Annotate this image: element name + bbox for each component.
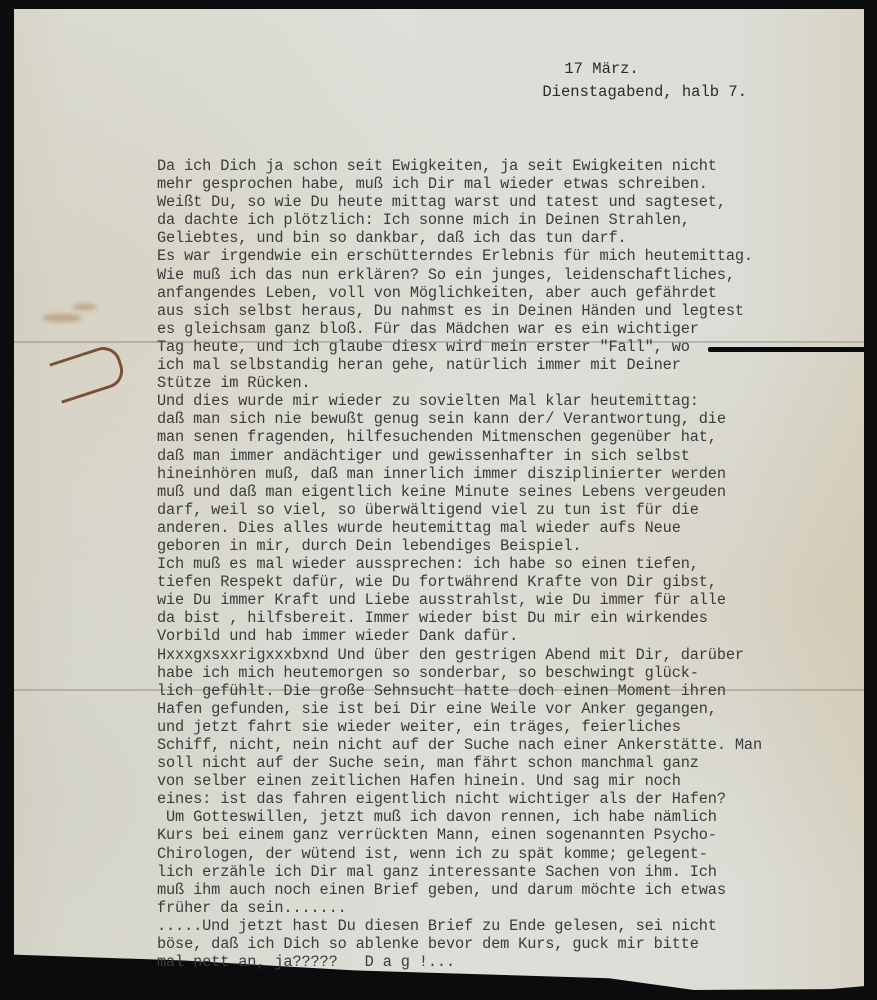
letter-line: mal nett an, ja????? D a g !... (157, 953, 837, 971)
letter-line: Geliebtes, und bin so dankbar, daß ich d… (157, 229, 837, 247)
letter-line: lich erzähle ich Dir mal ganz interessan… (157, 863, 837, 881)
letter-line: ich mal selbstandig heran gehe, natürlic… (157, 356, 837, 374)
letter-line: daß man immer andächtiger und gewissenha… (157, 447, 837, 465)
letter-line: Um Gotteswillen, jetzt muß ich davon ren… (157, 808, 837, 826)
letter-line: es gleichsam ganz bloß. Für das Mädchen … (157, 320, 837, 338)
letter-line: .....Und jetzt hast Du diesen Brief zu E… (157, 917, 837, 935)
letter-line: habe ich mich heutemorgen so sonderbar, … (157, 664, 837, 682)
letter-body: Da ich Dich ja schon seit Ewigkeiten, ja… (157, 157, 837, 971)
letter-line: man senen fragenden, hilfesuchenden Mitm… (157, 428, 837, 446)
letter-line: Hxxxgxsxxrigxxxbxnd Und über den gestrig… (157, 646, 837, 664)
letter-line: da bist , hilfsbereit. Immer wieder bist… (157, 609, 837, 627)
letter-line: aus sich selbst heraus, Du nahmst es in … (157, 302, 837, 320)
letter-line: Vorbild und hab immer wieder Dank dafür. (157, 627, 837, 645)
letter-line: böse, daß ich Dich so ablenke bevor dem … (157, 935, 837, 953)
letter-line: Ich muß es mal wieder aussprechen: ich h… (157, 555, 837, 573)
letter-line: Schiff, nicht, nein nicht auf der Suche … (157, 736, 837, 754)
letter-line: Tag heute, und ich glaube diesx wird mei… (157, 338, 837, 356)
letter-line: wie Du immer Kraft und Liebe ausstrahlst… (157, 591, 837, 609)
letter-line: Chirologen, der wütend ist, wenn ich zu … (157, 845, 837, 863)
letter-line: anfangendes Leben, voll von Möglichkeite… (157, 284, 837, 302)
paperclip-mark (49, 342, 128, 403)
letter-line: muß ihm auch noch einen Brief geben, und… (157, 881, 837, 899)
letter-line: darf, weil so viel, so überwältigend vie… (157, 501, 837, 519)
letter-line: anderen. Dies alles wurde heutemittag ma… (157, 519, 837, 537)
letter-line: Da ich Dich ja schon seit Ewigkeiten, ja… (157, 157, 837, 175)
letter-line: Es war irgendwie ein erschütterndes Erle… (157, 247, 837, 265)
letter-line: lich gefühlt. Die große Sehnsucht hatte … (157, 682, 837, 700)
letter-line: mehr gesprochen habe, muß ich Dir mal wi… (157, 175, 837, 193)
letter-line: Stütze im Rücken. (157, 374, 837, 392)
letter-line: tiefen Respekt dafür, wie Du fortwährend… (157, 573, 837, 591)
letter-line: muß und daß man eigentlich keine Minute … (157, 483, 837, 501)
letter-line: Kurs bei einem ganz verrückten Mann, ein… (157, 826, 837, 844)
letter-line: eines: ist das fahren eigentlich nicht w… (157, 790, 837, 808)
dateline-block: 17 März. Dienstagabend, halb 7. (542, 58, 747, 104)
letter-date: 17 März. (542, 58, 747, 81)
letter-line: früher da sein....... (157, 899, 837, 917)
letter-line: Hafen gefunden, sie ist bei Dir eine Wei… (157, 700, 837, 718)
letter-line: Wie muß ich das nun erklären? So ein jun… (157, 266, 837, 284)
letter-line: soll nicht auf der Suche sein, man fährt… (157, 754, 837, 772)
letter-line: Und dies wurde mir wieder zu sovielten M… (157, 392, 837, 410)
letter-line: und jetzt fahrt sie wieder weiter, ein t… (157, 718, 837, 736)
rust-stain (72, 304, 97, 310)
letter-line: von selber einen zeitlichen Hafen hinein… (157, 772, 837, 790)
letter-line: da dachte ich plötzlich: Ich sonne mich … (157, 211, 837, 229)
letter-line: Weißt Du, so wie Du heute mittag warst u… (157, 193, 837, 211)
rust-stain (42, 314, 82, 322)
letter-line: geboren in mir, durch Dein lebendiges Be… (157, 537, 837, 555)
letter-dateline: Dienstagabend, halb 7. (542, 81, 747, 104)
letter-line: daß man sich nie bewußt genug sein kann … (157, 410, 837, 428)
letter-line: hineinhören muß, daß man innerlich immer… (157, 465, 837, 483)
